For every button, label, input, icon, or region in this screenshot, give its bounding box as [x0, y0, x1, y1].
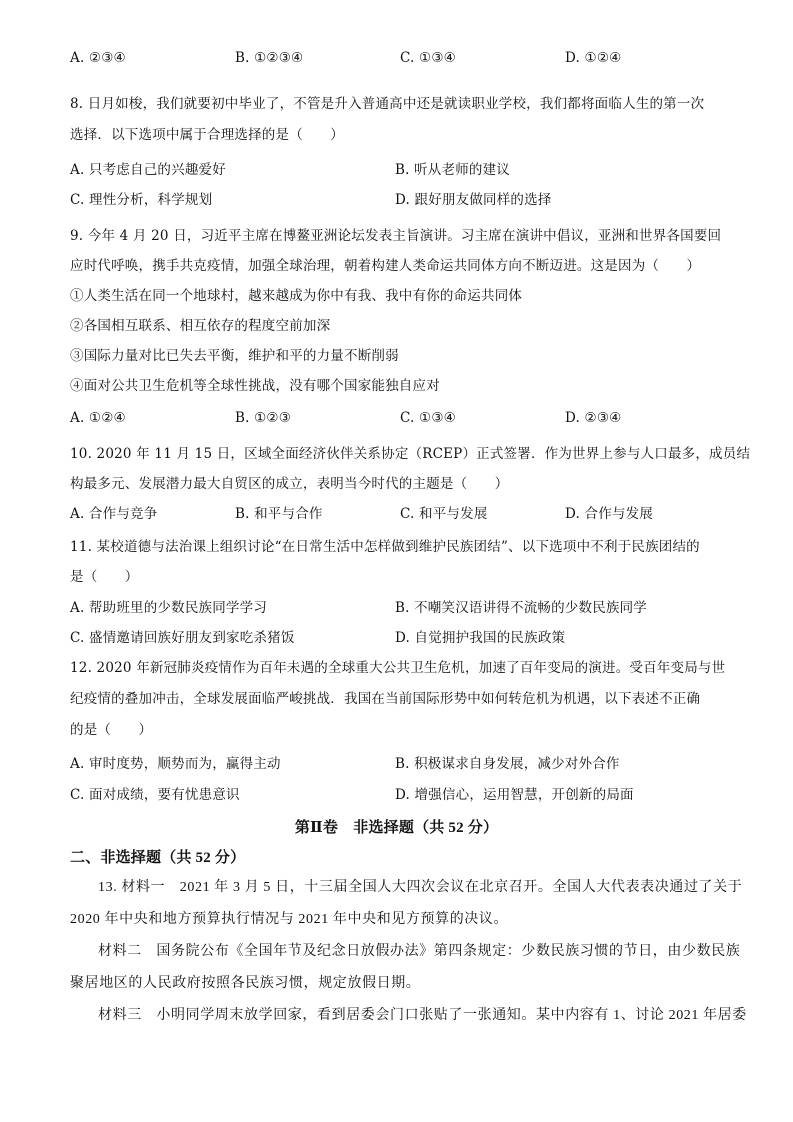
q12-stem-line-2: 纪疫情的叠加冲击，全球发展面临严峻挑战．我国在当前国际形势中如何转危机为机遇，以…: [70, 689, 730, 709]
part2-title: 第Ⅱ卷 非选择题（共 52 分）: [0, 818, 793, 838]
q13-material-2-line-1: 材料二 国务院公布《全国年节及纪念日放假办法》第四条规定：少数民族习惯的节日，由…: [70, 942, 730, 962]
q10-options: A. 合作与竞争 B. 和平与合作 C. 和平与发展 D. 合作与发展: [70, 504, 730, 524]
q12-stem-line-1: 12. 2020 年新冠肺炎疫情作为百年未遇的全球重大公共卫生危机，加速了百年变…: [70, 658, 730, 678]
q8-option-d: D. 跟好朋友做同样的选择: [395, 190, 720, 210]
q8-stem-line-1: 8. 日月如梭，我们就要初中毕业了，不管是升入普通高中还是就读职业学校，我们都将…: [70, 94, 730, 114]
q9-stem-line-1: 9. 今年 4 月 20 日，习近平主席在博鳌亚洲论坛发表主旨演讲。习主席在演讲…: [70, 226, 730, 246]
q8-option-b: B. 听从老师的建议: [395, 160, 720, 180]
q10-option-a: A. 合作与竞争: [70, 504, 235, 524]
q12-options-row-2: C. 面对成绩，要有忧患意识 D. 增强信心，运用智慧，开创新的局面: [70, 785, 730, 805]
q11-stem-line-2: 是（ ）: [70, 567, 730, 587]
q13-material-2-line-2: 聚居地区的人民政府按照各民族习惯，规定放假日期。: [70, 974, 730, 994]
q11-options-row-1: A. 帮助班里的少数民族同学学习 B. 不嘲笑汉语讲得不流畅的少数民族同学: [70, 598, 730, 618]
q9-stem-line-2: 应时代呼唤，携手共克疫情，加强全球治理，朝着构建人类命运共同体方向不断迈进。这是…: [70, 256, 730, 276]
q7-option-c: C. ①③④: [400, 48, 565, 68]
q10-stem-line-1: 10. 2020 年 11 月 15 日，区域全面经济伙伴关系协定（RCEP）正…: [70, 444, 730, 464]
q7-option-d: D. ①②④: [565, 48, 730, 68]
q12-option-b: B. 积极谋求自身发展，减少对外合作: [395, 754, 720, 774]
q13-material-3-line-1: 材料三 小明同学周末放学回家，看到居委会门口张贴了一张通知。某中内容有 1、讨论…: [70, 1006, 730, 1026]
q13-material-1-line-2: 2020 年中央和地方预算执行情况与 2021 年中央和见方预算的决议。: [70, 910, 730, 930]
q8-option-c: C. 理性分析，科学规划: [70, 190, 395, 210]
q12-option-a: A. 审时度势，顺势而为，赢得主动: [70, 754, 395, 774]
q11-options-row-2: C. 盛情邀请回族好朋友到家吃杀猪饭 D. 自觉拥护我国的民族政策: [70, 628, 730, 648]
q9-options: A. ①②④ B. ①②③ C. ①③④ D. ②③④: [70, 408, 730, 428]
q8-stem-line-2: 选择．以下选项中属于合理选择的是（ ）: [70, 125, 730, 145]
q8-options-row-2: C. 理性分析，科学规划 D. 跟好朋友做同样的选择: [70, 190, 730, 210]
q9-option-d: D. ②③④: [565, 408, 730, 428]
q9-option-c: C. ①③④: [400, 408, 565, 428]
q8-options-row-1: A. 只考虑自己的兴趣爱好 B. 听从老师的建议: [70, 160, 730, 180]
q11-option-c: C. 盛情邀请回族好朋友到家吃杀猪饭: [70, 628, 395, 648]
q13-material-1-line-1: 13. 材料一 2021 年 3 月 5 日，十三届全国人大四次会议在北京召开。…: [70, 878, 730, 898]
q7-option-b: B. ①②③④: [235, 48, 400, 68]
q11-stem-line-1: 11. 某校道德与法治课上组织讨论“在日常生活中怎样做到维护民族团结”、以下选项…: [70, 537, 730, 557]
q11-option-b: B. 不嘲笑汉语讲得不流畅的少数民族同学: [395, 598, 720, 618]
q10-option-c: C. 和平与发展: [400, 504, 565, 524]
q9-statement-4: ④面对公共卫生危机等全球性挑战，没有哪个国家能独自应对: [70, 376, 730, 396]
q10-stem-line-2: 构最多元、发展潜力最大自贸区的成立，表明当今时代的主题是（ ）: [70, 474, 730, 494]
q11-option-a: A. 帮助班里的少数民族同学学习: [70, 598, 395, 618]
q12-stem-line-3: 的是（ ）: [70, 720, 730, 740]
q12-option-c: C. 面对成绩，要有忧患意识: [70, 785, 395, 805]
section-heading: 二、非选择题（共 52 分）: [70, 848, 730, 868]
q11-option-d: D. 自觉拥护我国的民族政策: [395, 628, 720, 648]
exam-page: A. ②③④ B. ①②③④ C. ①③④ D. ①②④ 8. 日月如梭，我们就…: [0, 0, 793, 1122]
q9-statement-2: ②各国相互联系、相互依存的程度空前加深: [70, 316, 730, 336]
q9-statement-3: ③国际力量对比已失去平衡，维护和平的力量不断削弱: [70, 346, 730, 366]
q9-option-b: B. ①②③: [235, 408, 400, 428]
q12-options-row-1: A. 审时度势，顺势而为，赢得主动 B. 积极谋求自身发展，减少对外合作: [70, 754, 730, 774]
q10-option-b: B. 和平与合作: [235, 504, 400, 524]
q9-option-a: A. ①②④: [70, 408, 235, 428]
q7-options: A. ②③④ B. ①②③④ C. ①③④ D. ①②④: [70, 48, 730, 68]
q10-option-d: D. 合作与发展: [565, 504, 730, 524]
q9-statement-1: ①人类生活在同一个地球村，越来越成为你中有我、我中有你的命运共同体: [70, 286, 730, 306]
q7-option-a: A. ②③④: [70, 48, 235, 68]
q8-option-a: A. 只考虑自己的兴趣爱好: [70, 160, 395, 180]
q12-option-d: D. 增强信心，运用智慧，开创新的局面: [395, 785, 720, 805]
